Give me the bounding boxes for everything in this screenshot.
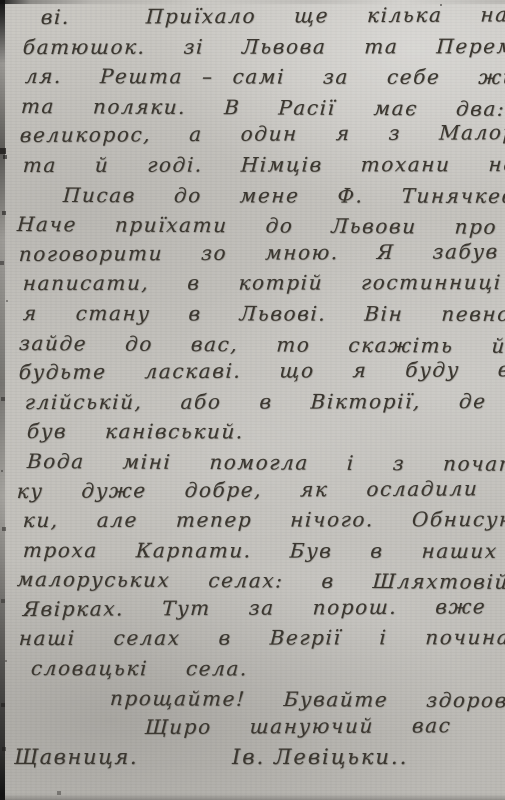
letter-line: Щиро шануючий вас xyxy=(144,713,500,745)
letter-line: ля. Решта – самі за себе жиди xyxy=(24,64,501,95)
letter-line: великорос, а один я з Малоросії. xyxy=(19,121,501,153)
letter-line: поговорити зо мною. Я забув xyxy=(18,239,501,271)
signature-place: Щавниця. xyxy=(14,745,138,769)
signature-name: Ів. Левіцьки.. xyxy=(232,745,408,769)
letter-line: ку дуже добре, як осладили тра xyxy=(16,476,501,508)
letter-line: був канівський. xyxy=(26,419,501,450)
letter-page: ві. Приїхало ще кілька нашихбатюшок. зі … xyxy=(0,0,505,800)
letter-line: Явірках. Тут за порош. вже xyxy=(22,594,501,626)
letter-line: я стану в Львові. Він певно xyxy=(22,301,501,332)
letter-line: троха Карпати. Був в наших xyxy=(22,538,501,569)
letter-line: батюшок. зі Львова та Переми xyxy=(22,34,501,65)
letter-line: словацькі села. xyxy=(30,656,501,686)
letter-line: ві. Приїхало ще кілька наших xyxy=(40,2,501,34)
letter-line: написати, в котрій гостинниці xyxy=(22,270,501,301)
letter-line: ки, але тепер нічого. Обнисую. xyxy=(22,507,501,538)
letter-line: та й годі. Німців тохани нема. xyxy=(22,152,501,183)
signature-row: Щавниця. Ів. Левіцьки.. xyxy=(14,745,499,775)
letter-line: глійській, або в Вікторії, де xyxy=(24,389,501,420)
letter-line: Писав до мене Ф. Тинячкевич. xyxy=(62,183,501,213)
letter-body: ві. Приїхало ще кілька нашихбатюшок. зі … xyxy=(14,5,499,800)
letter-line: будьте ласкаві. що я буду в Ан xyxy=(18,357,501,389)
letter-line: наші селах в Вегрії і починаюця xyxy=(18,626,501,657)
paper-specks xyxy=(0,0,2,2)
scan-edge-left xyxy=(0,0,5,800)
